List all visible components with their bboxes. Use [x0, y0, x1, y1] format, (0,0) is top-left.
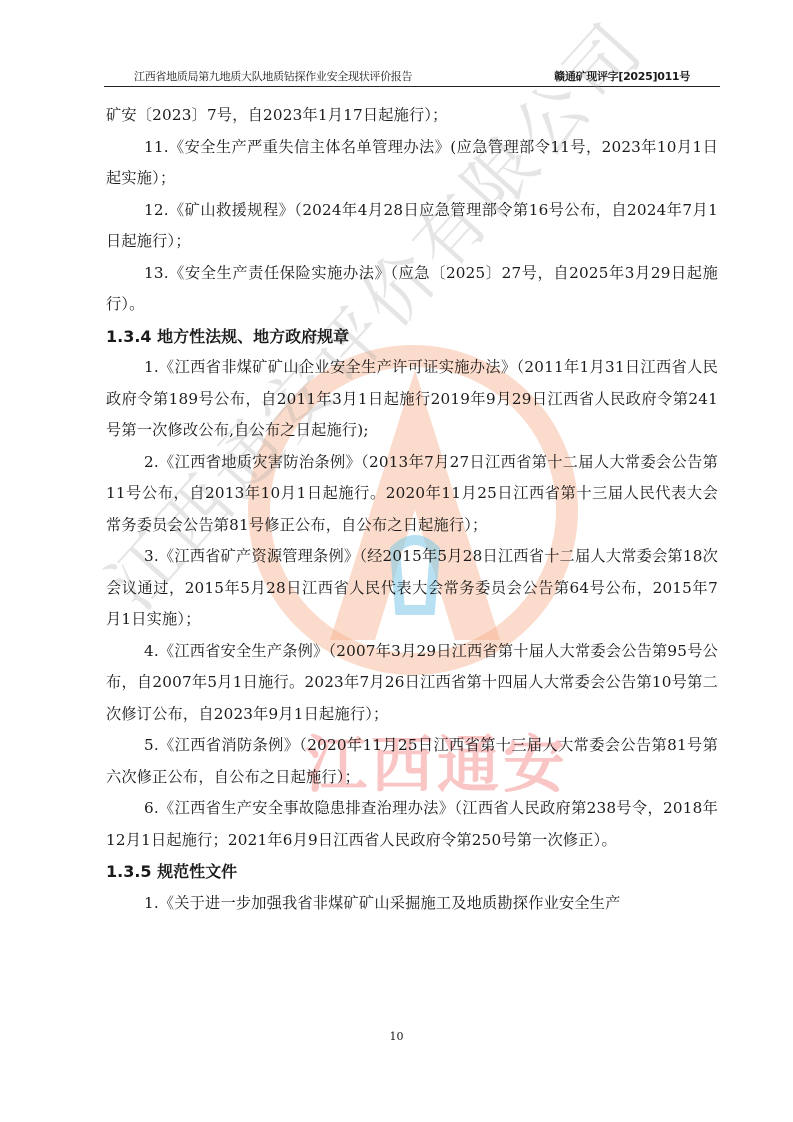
- document-number: 赣通矿现评字[2025]011号: [554, 68, 690, 84]
- normative-document-item-1: 1.《关于进一步加强我省非煤矿矿山采掘施工及地质勘探作业安全生产: [106, 888, 718, 920]
- local-regulation-item-1: 1.《江西省非煤矿矿山企业安全生产许可证实施办法》（2011年1月31日江西省人…: [106, 352, 718, 447]
- local-regulation-item-4: 4.《江西省安全生产条例》（2007年3月29日江西省第十届人大常委会公告第95…: [106, 636, 718, 731]
- page-header: 江西省地质局第九地质大队地质钻探作业安全现状评价报告 赣通矿现评字[2025]0…: [104, 64, 720, 87]
- law-item-13: 13.《安全生产责任保险实施办法》（应急〔2025〕27号，自2025年3月29…: [106, 258, 718, 321]
- paragraph-continuation: 矿安〔2023〕7号，自2023年1月17日起施行）；: [106, 100, 718, 132]
- report-title: 江西省地质局第九地质大队地质钻探作业安全现状评价报告: [134, 68, 412, 84]
- local-regulation-item-2: 2.《江西省地质灾害防治条例》（2013年7月27日江西省第十二届人大常委会公告…: [106, 447, 718, 542]
- section-heading-1-3-5: 1.3.5 规范性文件: [106, 856, 718, 888]
- local-regulation-item-3: 3.《江西省矿产资源管理条例》（经2015年5月28日江西省十二届人大常委会第1…: [106, 541, 718, 636]
- law-item-11: 11.《安全生产严重失信主体名单管理办法》(应急管理部令11号，2023年10月…: [106, 132, 718, 195]
- document-body: 矿安〔2023〕7号，自2023年1月17日起施行）； 11.《安全生产严重失信…: [106, 100, 718, 919]
- local-regulation-item-6: 6.《江西省生产安全事故隐患排查治理办法》（江西省人民政府第238号令，2018…: [106, 793, 718, 856]
- section-heading-1-3-4: 1.3.4 地方性法规、地方政府规章: [106, 321, 718, 353]
- law-item-12: 12.《矿山救援规程》（2024年4月28日应急管理部令第16号公布，自2024…: [106, 195, 718, 258]
- local-regulation-item-5: 5.《江西省消防条例》（2020年11月25日江西省第十三届人大常委会公告第81…: [106, 730, 718, 793]
- page-number: 10: [0, 1030, 793, 1043]
